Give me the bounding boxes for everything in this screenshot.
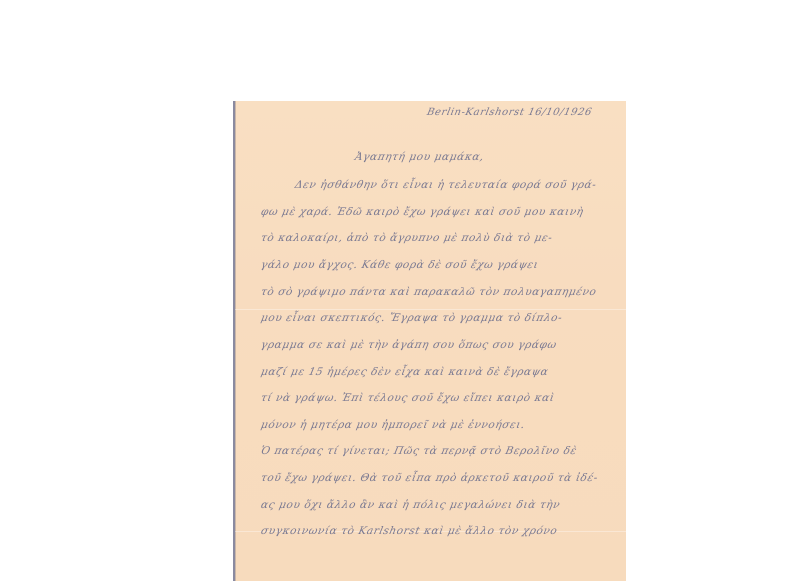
letter-body-line: μου εἶναι σκεπτικός. Ἔγραψα τὸ γραμμα τὸ… [260, 312, 617, 324]
letter-salutation: Ἀγαπητή μου μαμάκα, [354, 151, 486, 163]
letter-body-line: ας μου ὅχι ἄλλο ἂν καὶ ἡ πόλις μεγαλώνει… [260, 499, 617, 511]
letter-body-line: Δεν ἠσθάνθην ὅτι εἶναι ἡ τελευταία φορά … [294, 179, 617, 191]
letter-body-line: μαζί με 15 ἡμέρες δὲν εἶχα καὶ καινὰ δὲ … [260, 366, 617, 378]
scanned-page: Berlin-Karlshorst 16/10/1926 Ἀγαπητή μου… [0, 0, 800, 581]
letter-body-line: τί νὰ γράψω. Ἐπὶ τέλους σοῦ ἔχω εἴπει κα… [260, 392, 617, 404]
paper-fold [235, 309, 626, 310]
letter-body-line: γραμμα σε καὶ μὲ τὴν ἀγάπη σου ὅπως σου … [260, 339, 617, 351]
letter-body-line: φω μὲ χαρά. Ἐδῶ καιρὸ ἔχω γράψει καὶ σοῦ… [260, 206, 617, 218]
letter-body-line: μόνον ἡ μητέρα μου ἠμπορεῖ νὰ μὲ ἐννοήσε… [260, 419, 617, 431]
letter-dateline: Berlin-Karlshorst 16/10/1926 [426, 107, 593, 118]
letter-body-line: συγκοινωνία τὸ Karlshorst καὶ μὲ ἄλλο τὸ… [260, 525, 617, 537]
letter-body-line: γάλο μου ἄγχος. Κάθε φορὰ δὲ σοῦ ἔχω γρά… [260, 259, 617, 271]
letter-body-line: Ὁ πατέρας τί γίνεται; Πῶς τὰ περνᾷ στὸ Β… [260, 445, 617, 457]
letter-body-line: τὸ σὸ γράψιμο πάντα καὶ παρακαλῶ τὸν πολ… [260, 286, 617, 298]
letter-paper: Berlin-Karlshorst 16/10/1926 Ἀγαπητή μου… [233, 101, 626, 581]
letter-body-line: τὸ καλοκαίρι, ἀπὸ τὸ ἄγρυπνο μὲ πολὺ διὰ… [260, 232, 617, 244]
letter-body-line: τοῦ ἔχω γράψει. Θὰ τοῦ εἶπα πρὸ ἀρκετοῦ … [260, 472, 617, 484]
